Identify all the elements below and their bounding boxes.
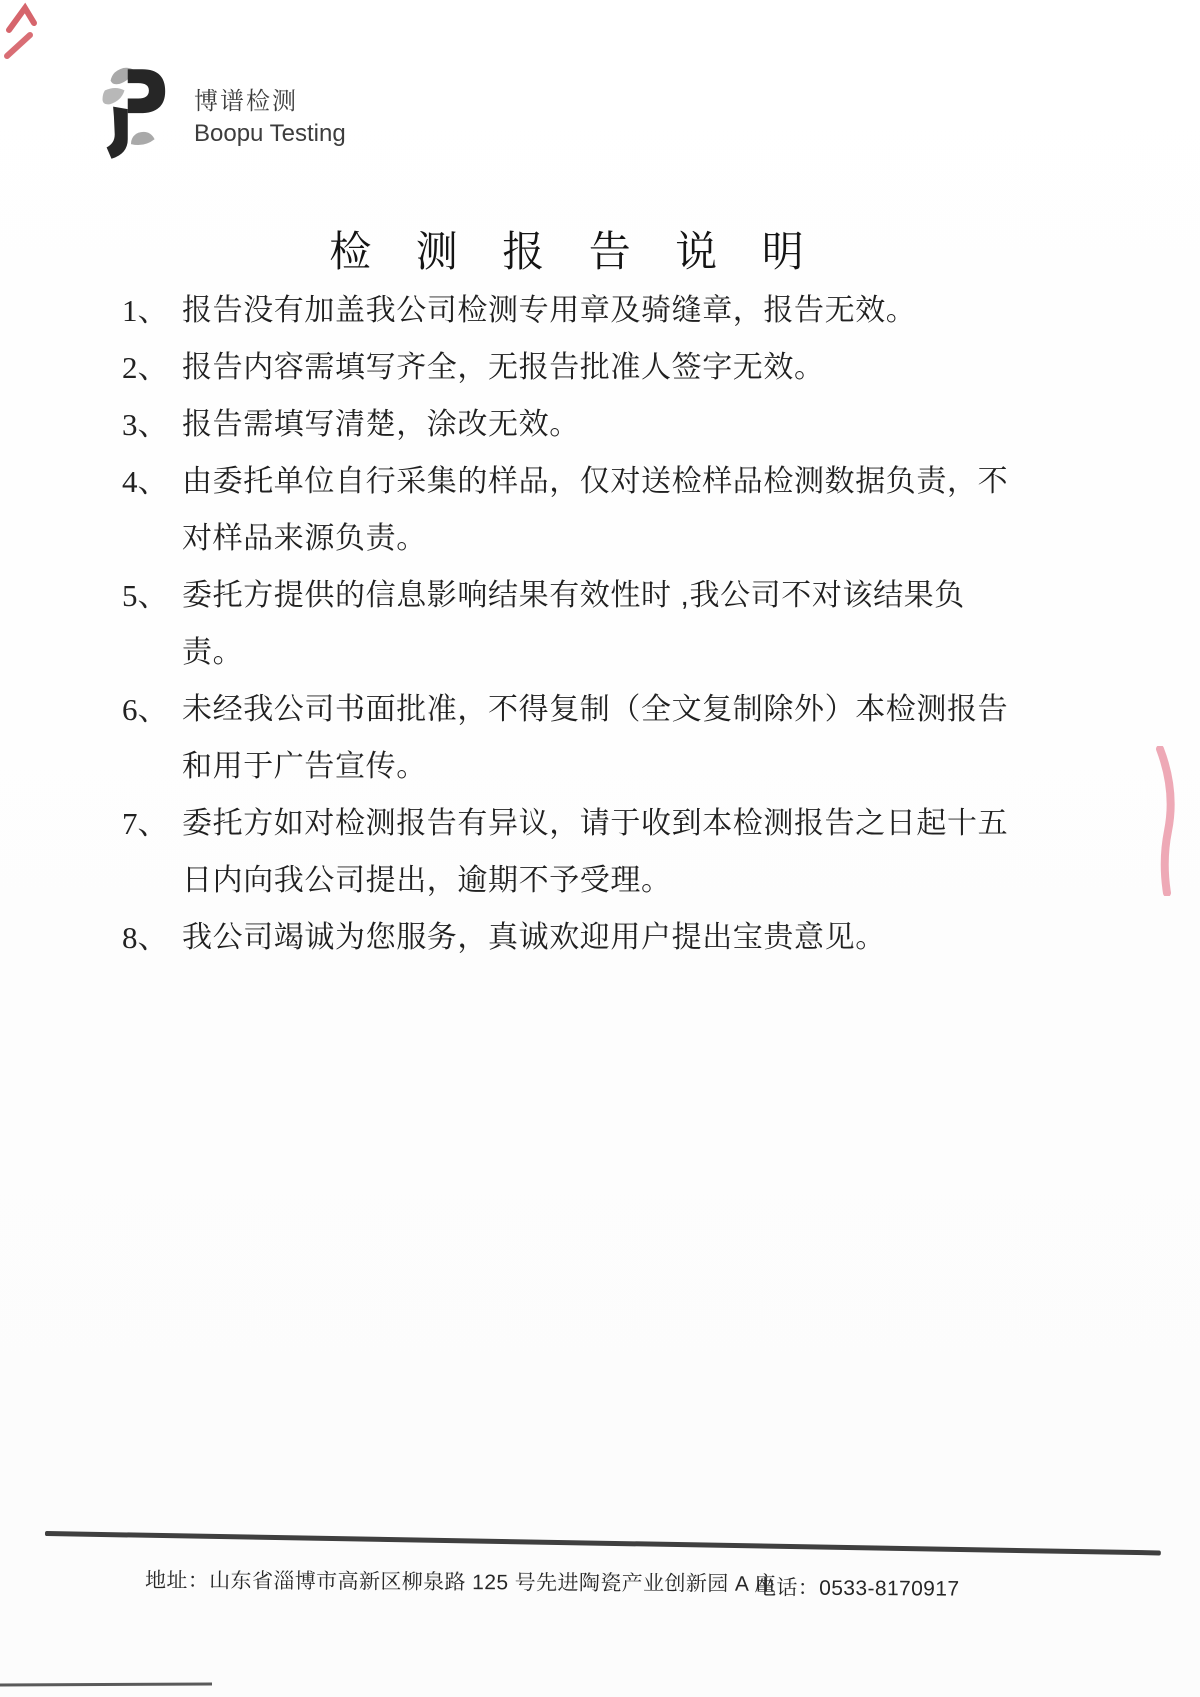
list-item: 1、 报告没有加盖我公司检测专用章及骑缝章，报告无效。: [122, 282, 1022, 339]
scanned-document-page: 博谱检测 Boopu Testing 检 测 报 告 说 明 1、 报告没有加盖…: [0, 0, 1200, 1697]
page-title: 检 测 报 告 说 明: [0, 219, 1140, 279]
item-text: 委托方如对检测报告有异议，请于收到本检测报告之日起十五日内向我公司提出，逾期不予…: [182, 795, 1018, 909]
item-number: 1、: [122, 282, 182, 339]
footer-phone: 电话：0533-8170917: [755, 1571, 960, 1602]
footer-divider: [45, 1531, 1161, 1555]
item-text: 报告需填写清楚，涂改无效。: [182, 396, 1018, 453]
item-number: 5、: [122, 567, 182, 624]
item-number: 2、: [122, 339, 182, 396]
pink-seal-edge-mark: [1146, 746, 1186, 896]
item-number: 8、: [122, 909, 182, 966]
item-number: 7、: [122, 795, 182, 852]
red-pen-corner-mark: [2, 2, 54, 64]
footer-address: 地址：山东省淄博市高新区柳泉路 125 号先进陶瓷产业创新园 A 座: [145, 1564, 776, 1598]
list-item: 7、 委托方如对检测报告有异议，请于收到本检测报告之日起十五日内向我公司提出，逾…: [122, 795, 1022, 909]
item-number: 4、: [122, 453, 182, 510]
brand-name-cn: 博谱检测: [194, 81, 346, 116]
scan-edge-artifact: [0, 1682, 212, 1686]
item-number: 6、: [122, 681, 182, 738]
list-item: 3、 报告需填写清楚，涂改无效。: [122, 396, 1022, 453]
item-text: 由委托单位自行采集的样品，仅对送检样品检测数据负责，不对样品来源负责。: [182, 453, 1018, 567]
brand-name-en: Boopu Testing: [194, 120, 346, 148]
item-text: 我公司竭诚为您服务，真诚欢迎用户提出宝贵意见。: [182, 909, 1018, 966]
clause-list: 1、 报告没有加盖我公司检测专用章及骑缝章，报告无效。 2、 报告内容需填写齐全…: [122, 282, 1022, 966]
list-item: 2、 报告内容需填写齐全，无报告批准人签字无效。: [122, 339, 1022, 396]
list-item: 8、 我公司竭诚为您服务，真诚欢迎用户提出宝贵意见。: [122, 909, 1022, 966]
item-text: 报告内容需填写齐全，无报告批准人签字无效。: [182, 339, 1018, 396]
item-text: 委托方提供的信息影响结果有效性时 ,我公司不对该结果负责。: [182, 567, 1018, 681]
item-text: 报告没有加盖我公司检测专用章及骑缝章，报告无效。: [182, 282, 1018, 339]
boopu-logo-icon: [90, 66, 172, 162]
list-item: 4、 由委托单位自行采集的样品，仅对送检样品检测数据负责，不对样品来源负责。: [122, 453, 1022, 567]
list-item: 5、 委托方提供的信息影响结果有效性时 ,我公司不对该结果负责。: [122, 567, 1022, 681]
item-number: 3、: [122, 396, 182, 453]
item-text: 未经我公司书面批准，不得复制（全文复制除外）本检测报告和用于广告宣传。: [182, 681, 1018, 795]
company-logo: 博谱检测 Boopu Testing: [90, 66, 346, 162]
list-item: 6、 未经我公司书面批准，不得复制（全文复制除外）本检测报告和用于广告宣传。: [122, 681, 1022, 795]
brand-text: 博谱检测 Boopu Testing: [194, 81, 346, 148]
